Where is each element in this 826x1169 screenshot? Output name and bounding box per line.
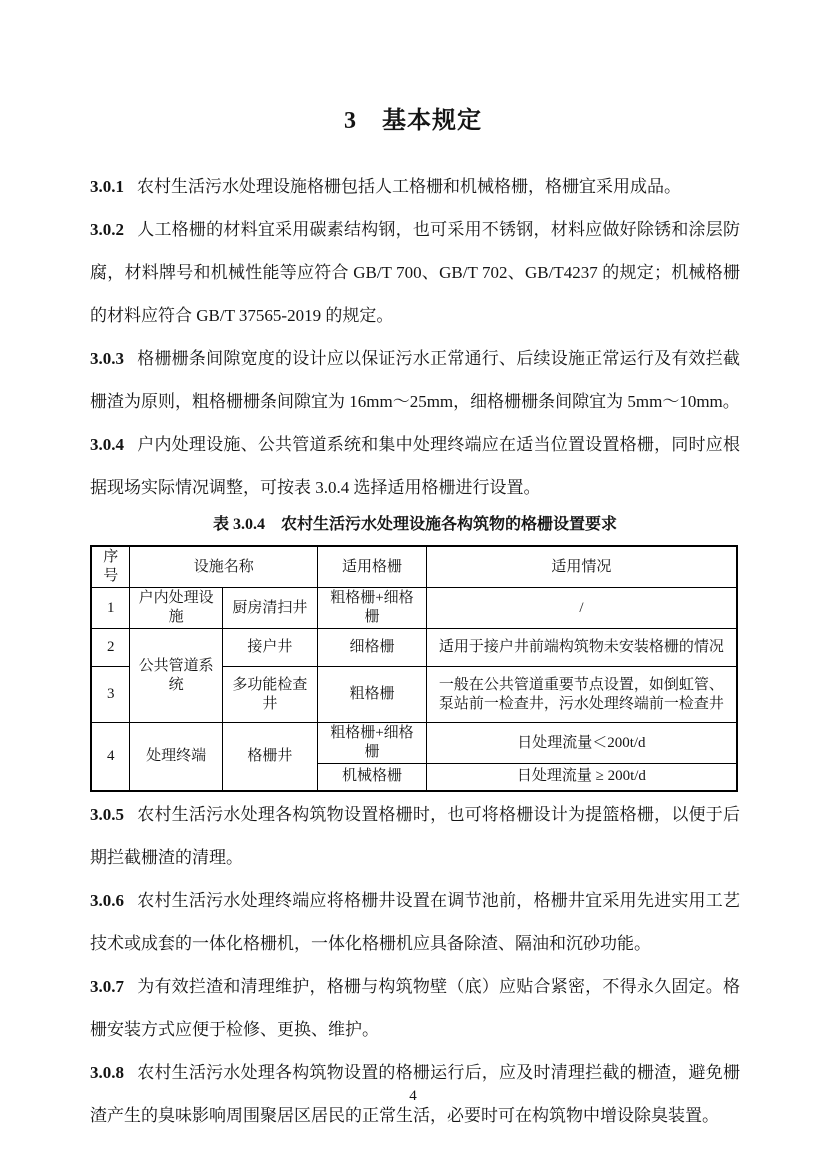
cell-r3-name: 多功能检查井	[222, 667, 317, 723]
clause-3-0-6: 3.0.6农村生活污水处理终端应将格栅井设置在调节池前，格栅井宜采用先进实用工艺…	[90, 879, 740, 965]
clause-text: 农村生活污水处理各构筑物设置格栅时，也可将格栅设计为提篮格栅，以便于后期拦截栅渣…	[90, 805, 740, 867]
table-caption: 表 3.0.4 农村生活污水处理设施各构筑物的格栅设置要求	[90, 510, 740, 540]
cell-r2-screen: 细格栅	[318, 629, 427, 667]
cell-r4-name: 格栅井	[222, 723, 317, 791]
clause-number: 3.0.8	[90, 1063, 124, 1082]
document-page: 3 基本规定 3.0.1农村生活污水处理设施格栅包括人工格栅和机械格栅，格栅宜采…	[0, 0, 826, 1169]
cell-r2-category: 公共管道系统	[130, 629, 222, 723]
header-cell-condition: 适用情况	[426, 546, 737, 588]
clause-text: 户内处理设施、公共管道系统和集中处理终端应在适当位置设置格栅，同时应根据现场实际…	[90, 435, 740, 497]
table-row: 2 公共管道系统 接户井 细格栅 适用于接户井前端构筑物未安装格栅的情况	[91, 629, 737, 667]
table-header-row: 序号 设施名称 适用格栅 适用情况	[91, 546, 737, 588]
cell-r4-condition-a: 日处理流量＜200t/d	[426, 723, 737, 764]
cell-r3-condition: 一般在公共管道重要节点设置，如倒虹管、泵站前一检查井，污水处理终端前一检查井	[426, 667, 737, 723]
clause-text: 农村生活污水处理终端应将格栅井设置在调节池前，格栅井宜采用先进实用工艺技术或成套…	[90, 891, 740, 953]
clause-3-0-2: 3.0.2人工格栅的材料宜采用碳素结构钢，也可采用不锈钢，材料应做好除锈和涂层防…	[90, 208, 740, 337]
clause-number: 3.0.5	[90, 805, 124, 824]
clause-text: 人工格栅的材料宜采用碳素结构钢，也可采用不锈钢，材料应做好除锈和涂层防腐，材料牌…	[90, 220, 740, 325]
clause-text: 格栅栅条间隙宽度的设计应以保证污水正常通行、后续设施正常运行及有效拦截栅渣为原则…	[90, 349, 740, 411]
header-cell-no: 序号	[91, 546, 130, 588]
page-number: 4	[0, 1086, 826, 1106]
cell-r1-name: 厨房清扫井	[222, 588, 317, 629]
cell-r1-no: 1	[91, 588, 130, 629]
clause-3-0-7: 3.0.7为有效拦渣和清理维护，格栅与构筑物壁（底）应贴合紧密，不得永久固定。格…	[90, 965, 740, 1051]
clause-number: 3.0.6	[90, 891, 124, 910]
clause-text: 农村生活污水处理设施格栅包括人工格栅和机械格栅，格栅宜采用成品。	[137, 177, 681, 196]
cell-r4-screen-a: 粗格栅+细格栅	[318, 723, 427, 764]
cell-r4-condition-b: 日处理流量 ≥ 200t/d	[426, 764, 737, 791]
clause-3-0-4: 3.0.4户内处理设施、公共管道系统和集中处理终端应在适当位置设置格栅，同时应根…	[90, 423, 740, 509]
clause-3-0-1: 3.0.1农村生活污水处理设施格栅包括人工格栅和机械格栅，格栅宜采用成品。	[90, 165, 740, 208]
table-row: 4 处理终端 格栅井 粗格栅+细格栅 日处理流量＜200t/d	[91, 723, 737, 764]
clause-number: 3.0.4	[90, 435, 124, 454]
clause-3-0-5: 3.0.5农村生活污水处理各构筑物设置格栅时，也可将格栅设计为提篮格栅，以便于后…	[90, 793, 740, 879]
clause-text: 为有效拦渣和清理维护，格栅与构筑物壁（底）应贴合紧密，不得永久固定。格栅安装方式…	[90, 977, 740, 1039]
cell-r1-condition: /	[426, 588, 737, 629]
header-cell-facility: 设施名称	[130, 546, 318, 588]
screen-requirements-table: 序号 设施名称 适用格栅 适用情况 1 户内处理设施 厨房清扫井 粗格栅+细格栅…	[90, 545, 738, 792]
clause-number: 3.0.1	[90, 177, 124, 196]
cell-r1-screen: 粗格栅+细格栅	[318, 588, 427, 629]
cell-r4-screen-b: 机械格栅	[318, 764, 427, 791]
document-body: 3.0.1农村生活污水处理设施格栅包括人工格栅和机械格栅，格栅宜采用成品。 3.…	[90, 165, 740, 1137]
clause-number: 3.0.2	[90, 220, 124, 239]
cell-r3-screen: 粗格栅	[318, 667, 427, 723]
cell-r4-no: 4	[91, 723, 130, 791]
page-title: 3 基本规定	[0, 100, 826, 135]
clause-number: 3.0.3	[90, 349, 124, 368]
cell-r2-condition: 适用于接户井前端构筑物未安装格栅的情况	[426, 629, 737, 667]
table-row: 1 户内处理设施 厨房清扫井 粗格栅+细格栅 /	[91, 588, 737, 629]
cell-r4-category: 处理终端	[130, 723, 222, 791]
cell-r1-category: 户内处理设施	[130, 588, 222, 629]
cell-r2-name: 接户井	[222, 629, 317, 667]
clause-3-0-3: 3.0.3格栅栅条间隙宽度的设计应以保证污水正常通行、后续设施正常运行及有效拦截…	[90, 337, 740, 423]
header-cell-screen: 适用格栅	[318, 546, 427, 588]
cell-r2-no: 2	[91, 629, 130, 667]
clause-number: 3.0.7	[90, 977, 124, 996]
cell-r3-no: 3	[91, 667, 130, 723]
